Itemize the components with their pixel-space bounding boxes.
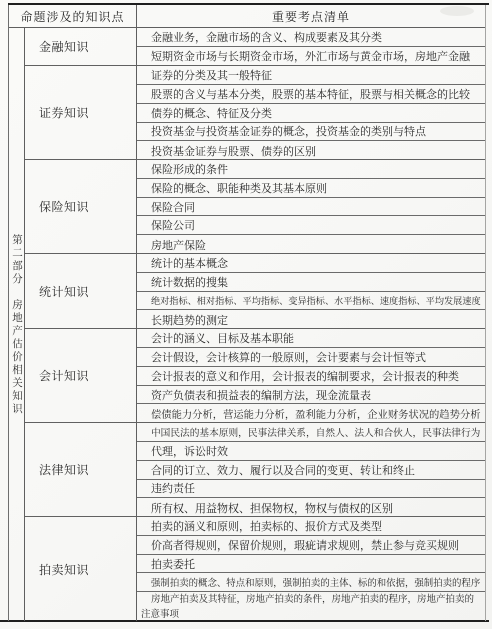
part-label-vertical: 第二部分 房地产估价相关知识 [9,234,24,416]
table-section: 会计知识会计的涵义、目标及基本职能会计假设，会计核算的一般原则，会计要素与会计恒… [25,329,485,423]
item-row: 保险合同 [137,198,485,217]
item-row: 长期趋势的测定 [137,310,485,329]
category-cell: 保险知识 [25,160,137,253]
category-cell: 法律知识 [25,423,137,516]
item-row: 房地产拍卖及其特征，房地产拍卖的条件，房地产拍卖的程序，房地产拍卖的注意事项 [137,592,485,622]
item-row: 股票的含义与基本分类，股票的基本特征，股票与相关概念的比较 [137,85,485,104]
item-row: 拍卖委托 [137,555,485,574]
table-section: 统计知识统计的基本概念统计数据的搜集绝对指标、相对指标、平均指标、变异指标、水平… [25,254,485,329]
item-row: 保险形成的条件 [137,160,485,179]
knowledge-points-table: 命题涉及的知识点 重要考点清单 第二部分 房地产估价相关知识 金融知识金融业务，… [8,5,486,621]
items-column: 统计的基本概念统计数据的搜集绝对指标、相对指标、平均指标、变异指标、水平指标、速… [137,254,485,328]
items-column: 金融业务，金融市场的含义、构成要素及其分类短期资金市场与长期资金市场，外汇市场与… [137,28,485,65]
item-row: 违约责任 [137,480,485,499]
item-row: 合同的订立、效力、履行以及合同的变更、转让和终止 [137,461,485,480]
items-column: 证券的分类及其一般特征股票的含义与基本分类，股票的基本特征，股票与相关概念的比较… [137,66,485,159]
table-section: 证券知识证券的分类及其一般特征股票的含义与基本分类，股票的基本特征，股票与相关概… [25,66,485,160]
item-row: 统计数据的搜集 [137,273,485,292]
item-row: 拍卖的涵义和原则，拍卖标的、报价方式及类型 [137,517,485,536]
item-row: 证券的分类及其一般特征 [137,66,485,85]
table-body: 第二部分 房地产估价相关知识 金融知识金融业务，金融市场的含义、构成要素及其分类… [9,28,485,621]
items-column: 中国民法的基本原则，民事法律关系，自然人、法人和合伙人，民事法律行为代理，诉讼时… [137,423,485,516]
item-row: 会计假设，会计核算的一般原则，会计要素与会计恒等式 [137,348,485,367]
item-row: 绝对指标、相对指标、平均指标、变异指标、水平指标、速度指标、平均发展速度 [137,292,485,311]
category-cell: 会计知识 [25,329,137,422]
item-row: 强制拍卖的概念、特点和原则，强制拍卖的主体、标的和依据，强制拍卖的程序 [137,573,485,592]
category-cell: 统计知识 [25,254,137,328]
item-row: 金融业务，金融市场的含义、构成要素及其分类 [137,28,485,47]
item-row: 资产负债表和损益表的编制方法，现金流量表 [137,386,485,405]
table-section: 拍卖知识拍卖的涵义和原则，拍卖标的、报价方式及类型价高者得规则，保留价规则，瑕疵… [25,517,485,621]
item-row: 会计报表的意义和作用，会计报表的编制要求，会计报表的种类 [137,367,485,386]
item-row: 价高者得规则，保留价规则，瑕疵请求规则，禁止参与竞买规则 [137,536,485,555]
sections-column: 金融知识金融业务，金融市场的含义、构成要素及其分类短期资金市场与长期资金市场，外… [25,28,485,621]
table-section: 金融知识金融业务，金融市场的含义、构成要素及其分类短期资金市场与长期资金市场，外… [25,28,485,66]
item-row: 投资基金证券与股票、债券的区别 [137,141,485,160]
item-row: 债券的概念、特征及分类 [137,104,485,123]
header-key-checklist: 重要考点清单 [137,5,485,27]
items-column: 拍卖的涵义和原则，拍卖标的、报价方式及类型价高者得规则，保留价规则，瑕疵请求规则… [137,517,485,621]
item-row: 短期资金市场与长期资金市场，外汇市场与黄金市场，房地产金融 [137,47,485,66]
table-header-row: 命题涉及的知识点 重要考点清单 [9,5,485,28]
item-row: 统计的基本概念 [137,254,485,273]
category-cell: 证券知识 [25,66,137,159]
items-column: 会计的涵义、目标及基本职能会计假设，会计核算的一般原则，会计要素与会计恒等式会计… [137,329,485,422]
category-cell: 拍卖知识 [25,517,137,621]
item-row: 会计的涵义、目标及基本职能 [137,329,485,348]
item-row: 所有权、用益物权、担保物权，物权与债权的区别 [137,498,485,517]
item-row: 投资基金与投资基金证券的概念，投资基金的类别与特点 [137,123,485,142]
item-row: 中国民法的基本原则，民事法律关系，自然人、法人和合伙人，民事法律行为 [137,423,485,442]
table-section: 保险知识保险形成的条件保险的概念、职能种类及其基本原则保险合同保险公司房地产保险 [25,160,485,254]
part-label-column: 第二部分 房地产估价相关知识 [9,28,25,621]
items-column: 保险形成的条件保险的概念、职能种类及其基本原则保险合同保险公司房地产保险 [137,160,485,253]
item-row: 房地产保险 [137,235,485,254]
table-section: 法律知识中国民法的基本原则，民事法律关系，自然人、法人和合伙人，民事法律行为代理… [25,423,485,517]
category-cell: 金融知识 [25,28,137,65]
scanned-book-page: 命题涉及的知识点 重要考点清单 第二部分 房地产估价相关知识 金融知识金融业务，… [0,0,492,629]
item-row: 代理，诉讼时效 [137,442,485,461]
item-row: 保险的概念、职能种类及其基本原则 [137,179,485,198]
item-row: 保险公司 [137,216,485,235]
item-row: 偿债能力分析，营运能力分析，盈利能力分析，企业财务状况的趋势分析 [137,404,485,423]
header-knowledge-points: 命题涉及的知识点 [9,5,137,27]
